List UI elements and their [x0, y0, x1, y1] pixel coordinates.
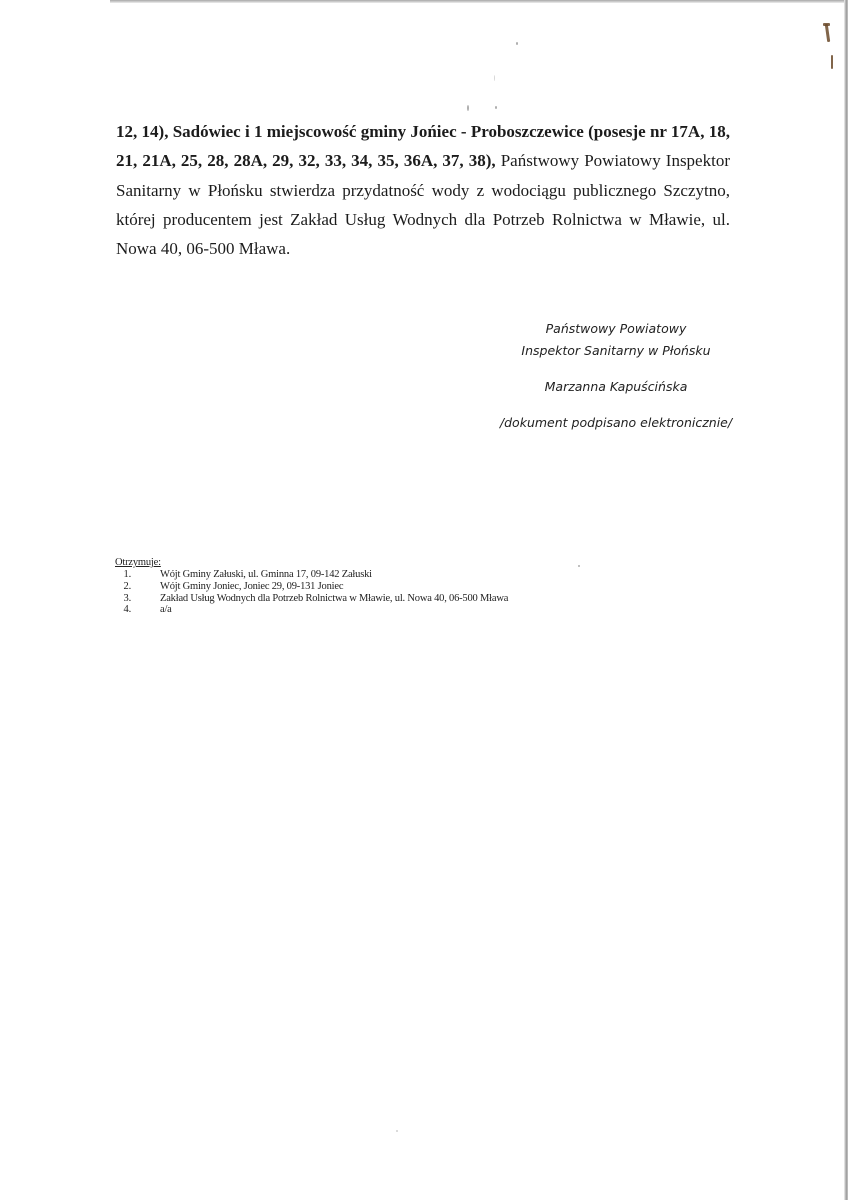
recipient-number: 4. — [115, 604, 131, 616]
scan-speck — [516, 42, 518, 45]
recipient-item: 1. Wójt Gminy Załuski, ul. Gminna 17, 09… — [115, 569, 508, 581]
signature-title-line2: Inspektor Sanitarny w Płońsku — [490, 340, 742, 362]
recipient-item: 2. Wójt Gminy Joniec, Joniec 29, 09-131 … — [115, 581, 508, 593]
signature-name: Marzanna Kapuścińska — [490, 376, 742, 398]
recipient-item: 4. a/a — [115, 604, 508, 616]
scan-edge-top — [110, 0, 848, 3]
pen-stroke-1 — [825, 24, 830, 42]
recipient-text: Wójt Gminy Joniec, Joniec 29, 09-131 Jon… — [160, 581, 343, 593]
recipient-item: 3. Zakład Usług Wodnych dla Potrzeb Roln… — [115, 593, 508, 605]
scan-speck — [396, 1130, 398, 1132]
recipient-number: 1. — [115, 569, 131, 581]
recipient-number: 2. — [115, 581, 131, 593]
scan-speck — [578, 565, 580, 567]
scan-speck — [494, 75, 495, 81]
body-paragraph: 12, 14), Sadówiec i 1 miejscowość gminy … — [116, 117, 730, 263]
signature-title-line1: Państwowy Powiatowy — [490, 318, 742, 340]
recipient-number: 3. — [115, 593, 131, 605]
pen-stroke-2 — [831, 55, 833, 69]
pen-stroke-1-top — [823, 23, 830, 26]
scan-edge-right — [844, 0, 848, 1200]
scan-speck — [467, 105, 469, 111]
recipients-heading: Otrzymuje: — [115, 557, 508, 569]
signature-block: Państwowy Powiatowy Inspektor Sanitarny … — [490, 318, 742, 434]
recipient-text: Zakład Usług Wodnych dla Potrzeb Rolnict… — [160, 593, 508, 605]
recipients-list: Otrzymuje: 1. Wójt Gminy Załuski, ul. Gm… — [115, 557, 508, 616]
recipient-text: a/a — [160, 604, 172, 616]
recipient-text: Wójt Gminy Załuski, ul. Gminna 17, 09-14… — [160, 569, 372, 581]
recipients-items: 1. Wójt Gminy Załuski, ul. Gminna 17, 09… — [115, 569, 508, 616]
signature-note: /dokument podpisano elektronicznie/ — [490, 412, 742, 434]
scan-speck — [495, 106, 497, 109]
